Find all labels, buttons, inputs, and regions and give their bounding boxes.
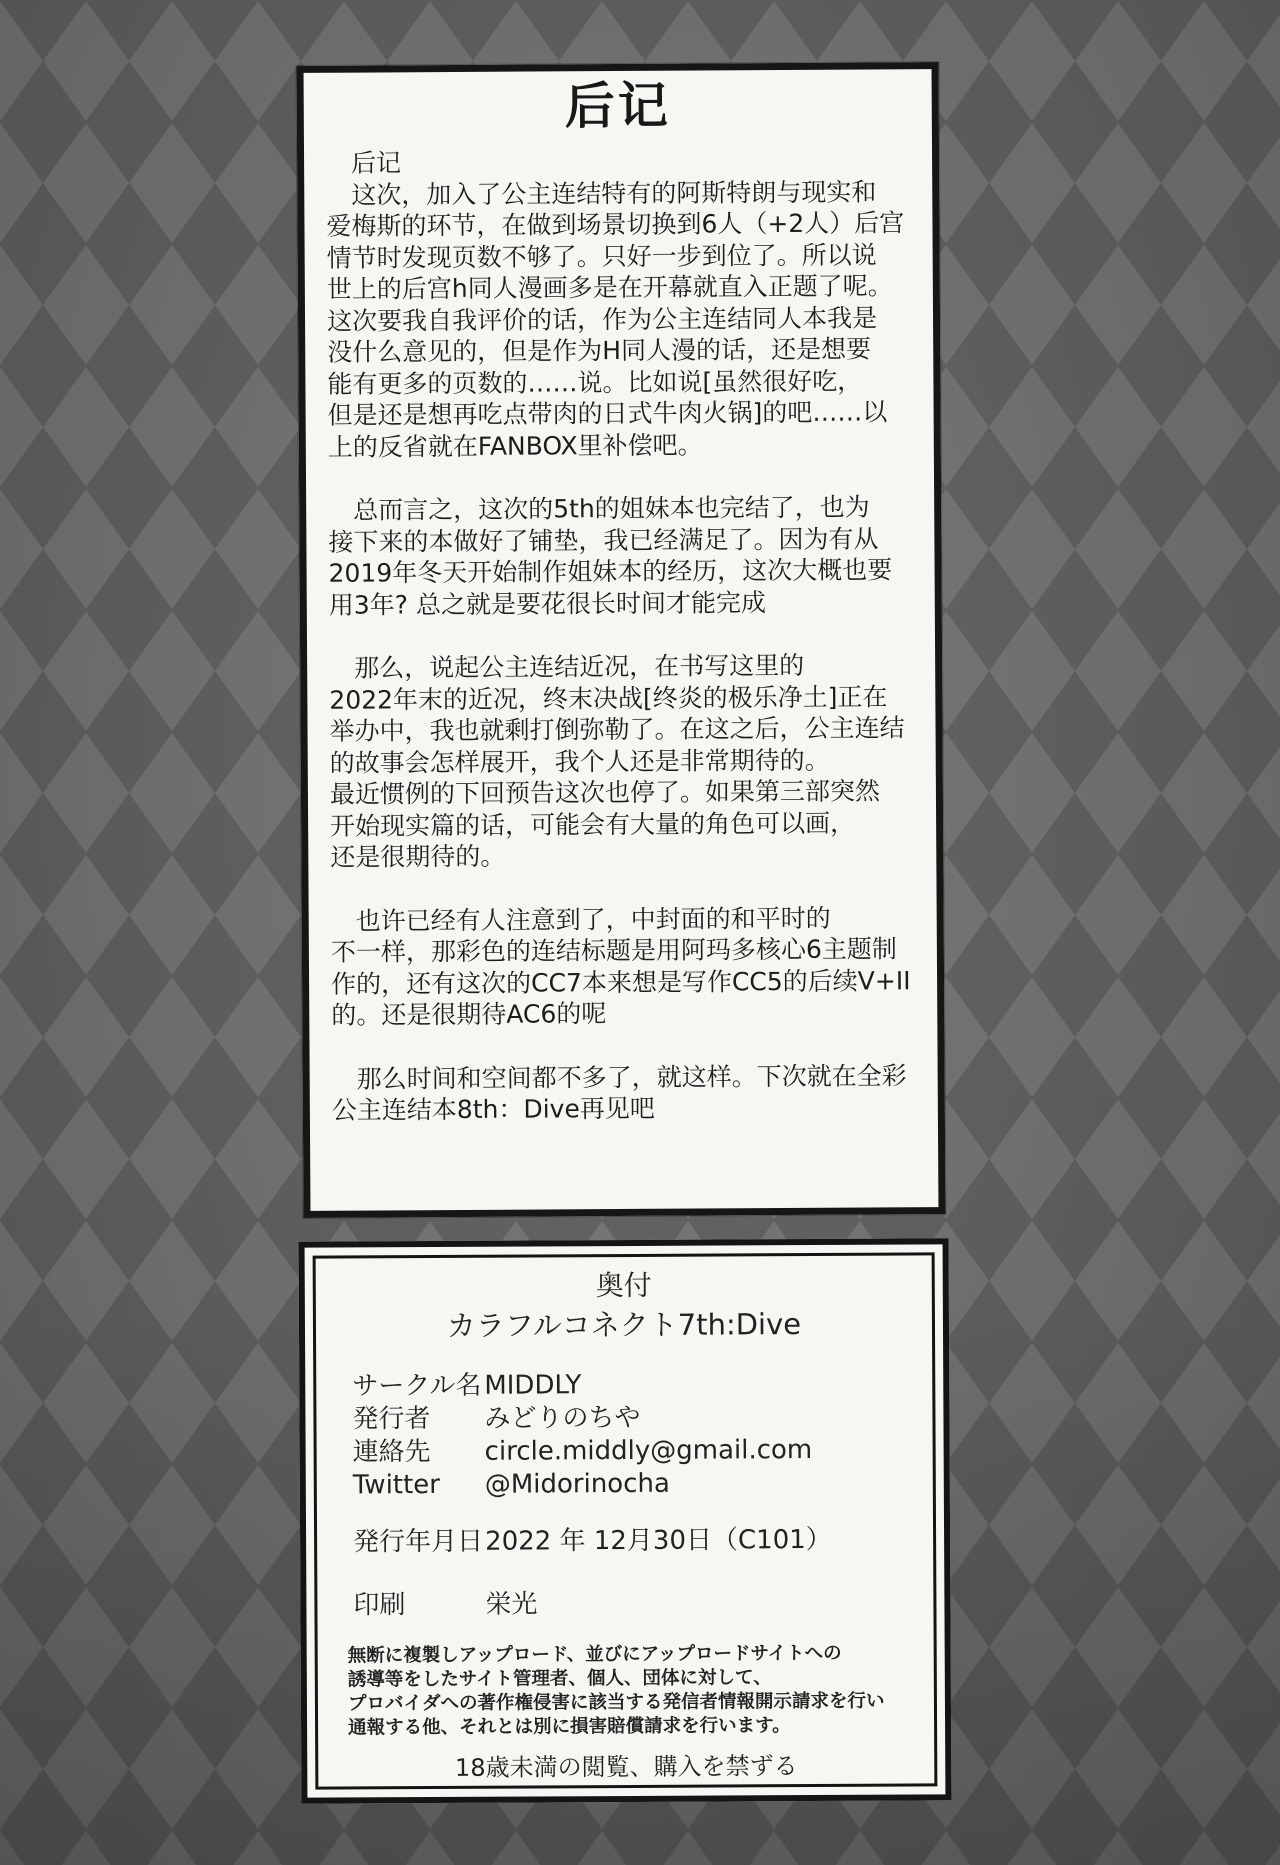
colophon-rows: サークル名 MIDDLY 発行者 みどりのちや 連絡先 circle.middl… <box>352 1367 933 1622</box>
contact-label: 連絡先 <box>353 1435 485 1469</box>
publish-date-label: 発行年月日 <box>353 1525 485 1559</box>
circle-name-value: MIDDLY <box>484 1367 932 1402</box>
colophon-row-twitter: Twitter @Midorinocha <box>353 1466 933 1502</box>
afterword-title: 后记 <box>304 77 932 136</box>
colophon-row-publish-date: 発行年月日 2022 年 12月30日（C101） <box>353 1523 933 1559</box>
afterword-paragraph: 那么时间和空间都不多了，就这样。下次就在全彩 公主连结本8th：Dive再见吧 <box>332 1060 924 1127</box>
colophon-row-printer: 印刷 栄光 <box>353 1586 933 1622</box>
afterword-paragraph: 也许已经有人注意到了，中封面的和平时的 不一样，那彩色的连结标题是用阿玛多核心6… <box>331 902 924 1032</box>
afterword-paragraph: 后记 这次，加入了公主连结特有的阿斯特朗与现实和 爱梅斯的环节，在做到场景切换到… <box>326 144 920 463</box>
printer-value: 栄光 <box>485 1586 933 1621</box>
twitter-handle-value: @Midorinocha <box>485 1466 933 1501</box>
colophon-panel: 奥付 カラフルコネクト7th:Dive サークル名 MIDDLY 発行者 みどり… <box>299 1238 952 1803</box>
colophon-row-publisher: 発行者 みどりのちや <box>352 1400 932 1436</box>
publisher-value: みどりのちや <box>484 1400 932 1435</box>
publisher-label: 発行者 <box>352 1402 484 1436</box>
circle-name-label: サークル名 <box>352 1369 484 1403</box>
colophon-row-circle: サークル名 MIDDLY <box>352 1367 932 1403</box>
afterword-paragraph: 那么，说起公主连结近况，在书写这里的 2022年末的近况，终末决战[终炎的极乐净… <box>329 649 922 873</box>
colophon-inner-frame: 奥付 カラフルコネクト7th:Dive サークル名 MIDDLY 発行者 みどり… <box>313 1252 938 1789</box>
afterword-paragraph: 总而言之，这次的5th的姐妹本也完结了，也为 接下来的本做好了铺垫，我已经满足了… <box>328 491 921 621</box>
twitter-label: Twitter <box>353 1468 485 1502</box>
afterword-panel: 后记 后记 这次，加入了公主连结特有的阿斯特朗与现实和 爱梅斯的环节，在做到场景… <box>296 62 945 1218</box>
contact-email-value: circle.middly@gmail.com <box>485 1433 933 1468</box>
age-restriction-notice: 18歳未満の閲覧、購入を禁ずる <box>318 1751 934 1782</box>
printer-label: 印刷 <box>353 1588 485 1622</box>
publish-date-value: 2022 年 12月30日（C101） <box>485 1523 933 1558</box>
copyright-warning-text: 無断に複製しアップロード、並びにアップロードサイトへの 誘導等をしたサイト管理者… <box>348 1641 934 1740</box>
colophon-title: 奥付 <box>316 1269 932 1303</box>
afterword-body: 后记 这次，加入了公主连结特有的阿斯特朗与现实和 爱梅斯的环节，在做到场景切换到… <box>304 132 938 1126</box>
colophon-book-title: カラフルコネクト7th:Dive <box>316 1306 932 1344</box>
colophon-row-contact: 連絡先 circle.middly@gmail.com <box>353 1433 933 1469</box>
